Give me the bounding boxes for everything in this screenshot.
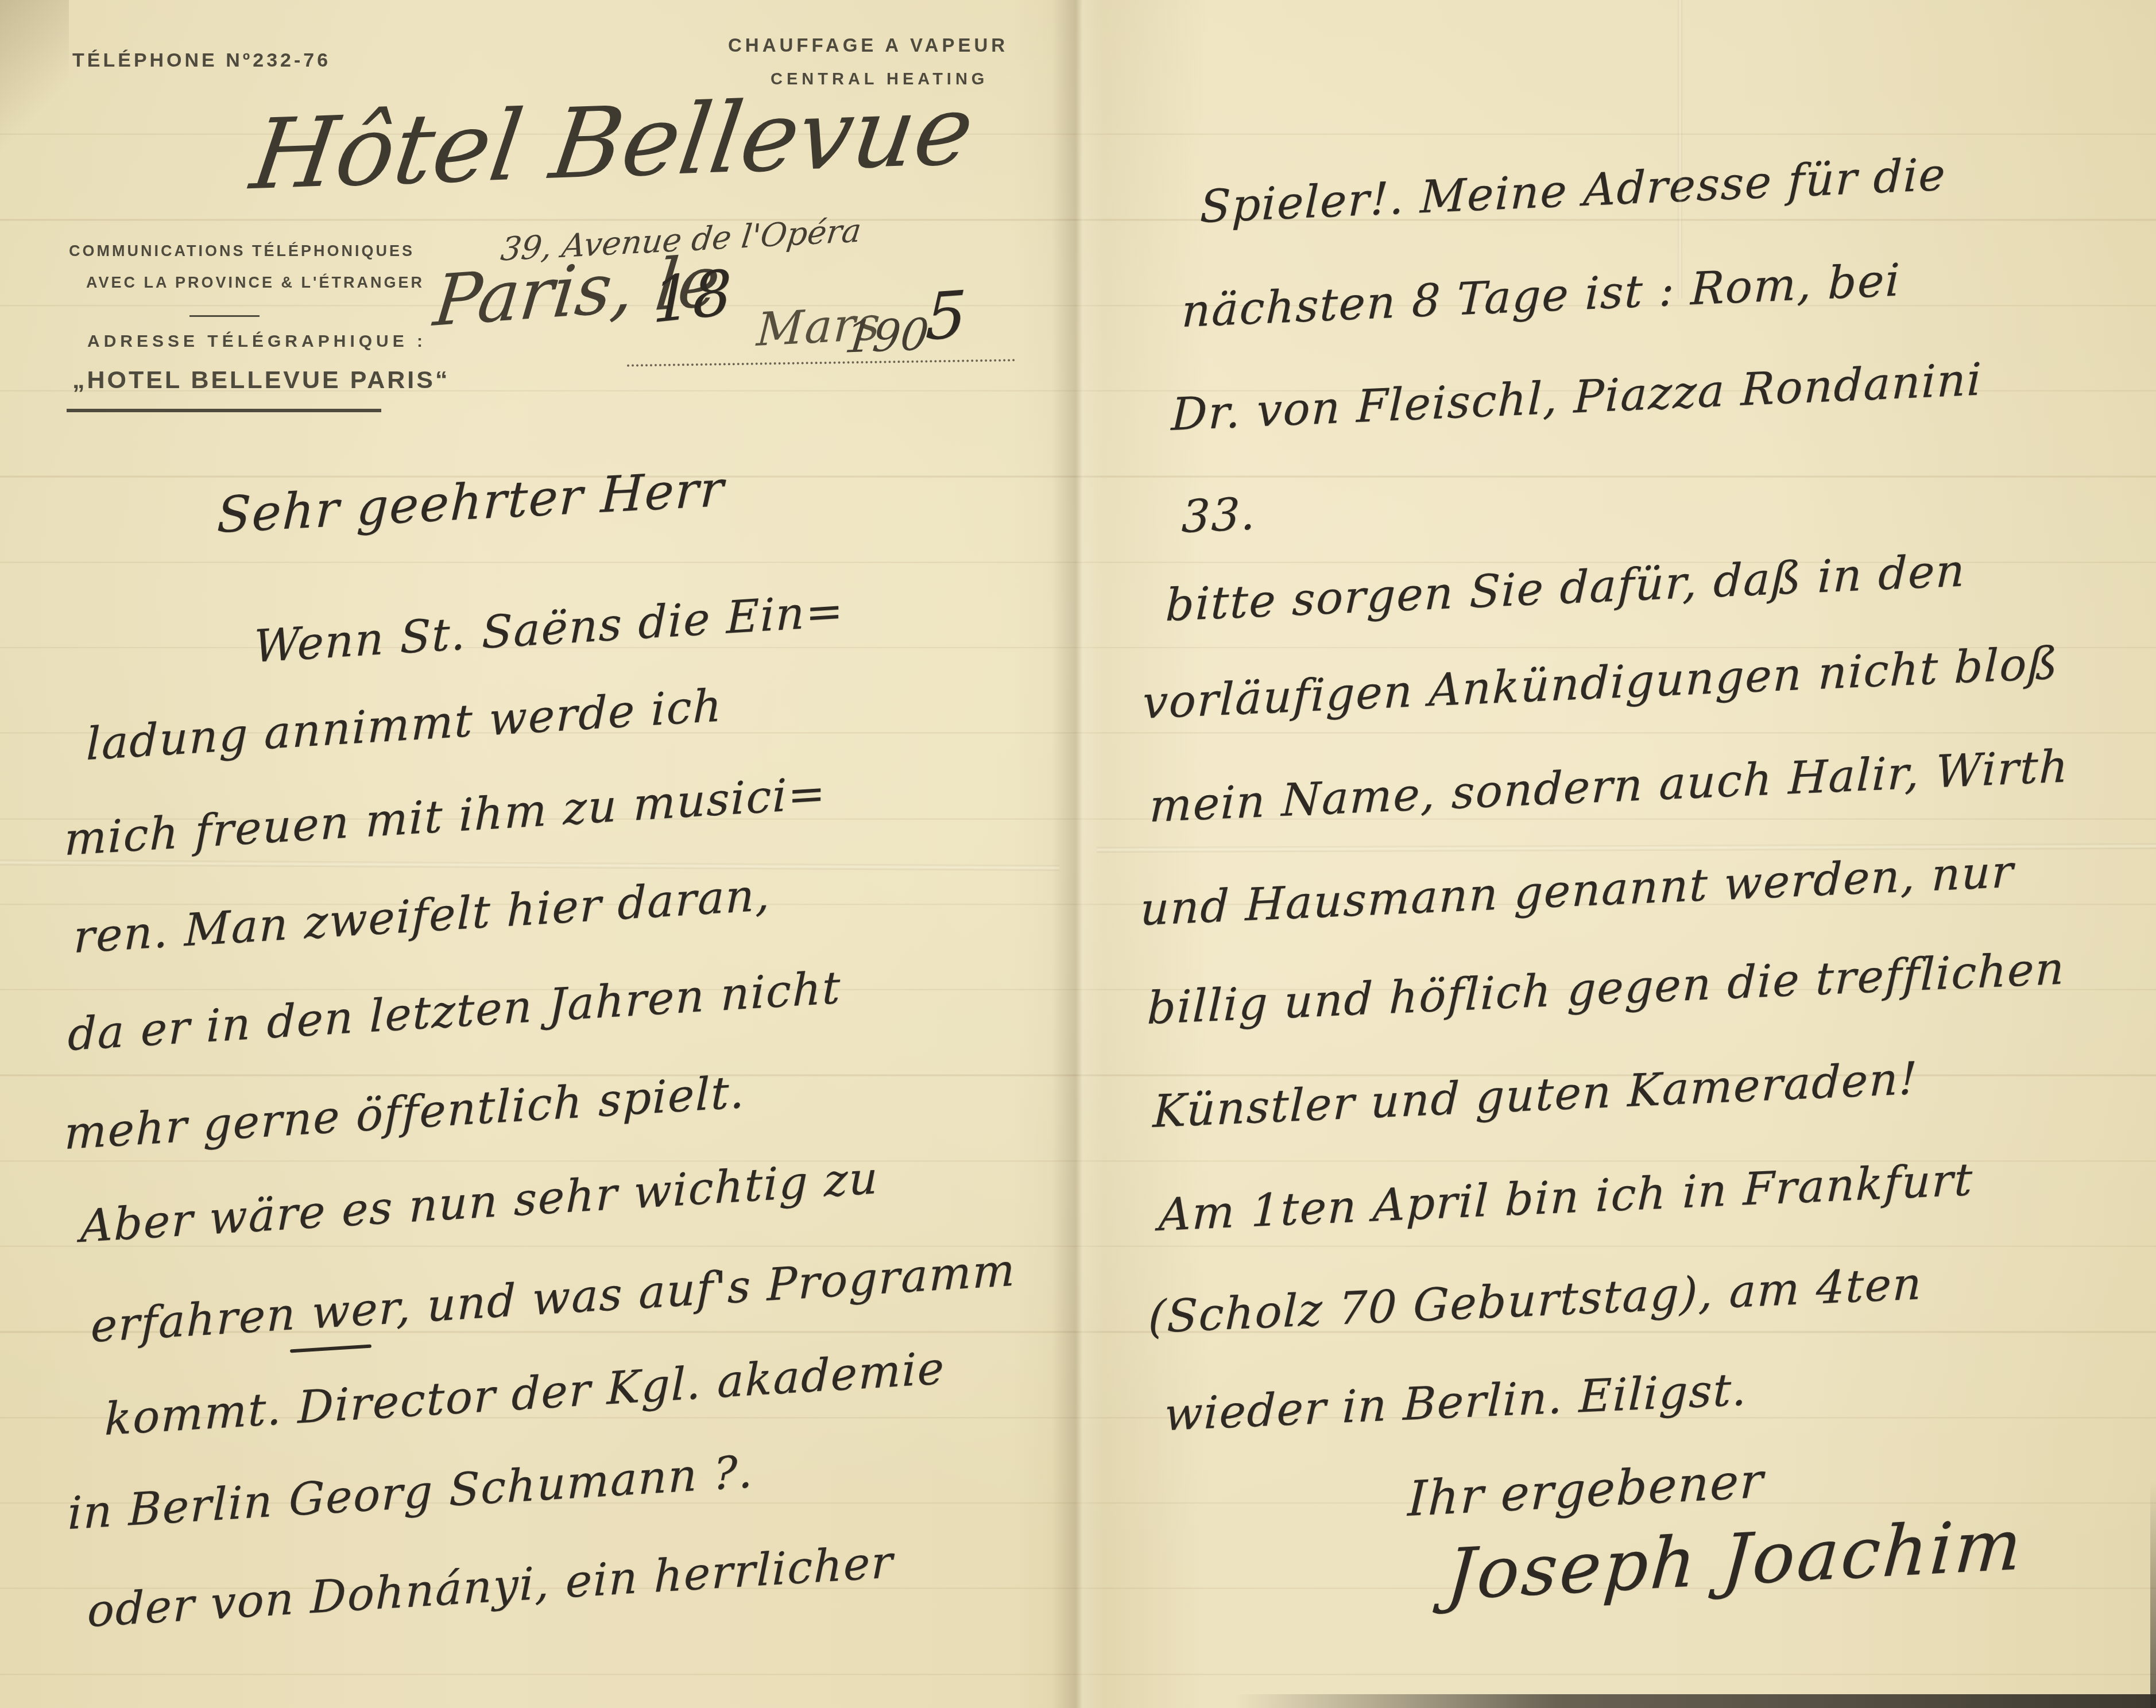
handwritten-line: Spieler!. Meine Adresse für die [1199, 149, 1947, 233]
letterhead-telegraph-address: „HOTEL BELLEVUE PARIS“ [72, 366, 450, 394]
handwritten-line: mich freuen mit ihm zu musici= [64, 768, 827, 866]
handwritten-line: (Scholz 70 Geburtstag), am 4ten [1148, 1258, 1923, 1343]
underline-wer [290, 1345, 371, 1353]
letterhead-divider [189, 315, 260, 317]
salutation: Sehr geehrter Herr [216, 460, 725, 545]
fold-crease-left [0, 859, 1059, 871]
corner-shadow [0, 0, 69, 149]
handwritten-line: vorläufigen Ankündigungen nicht bloß [1142, 637, 2060, 729]
handwritten-line: da er in den letzten Jahren nicht [68, 962, 842, 1062]
handwritten-line: kommt. Director der Kgl. akademie [104, 1342, 945, 1446]
handwritten-line: erfahren wer, und was auf's Programm [91, 1244, 1016, 1353]
letter-sheet: TÉLÉPHONE Nº232-76 CHAUFFAGE A VAPEUR CE… [0, 0, 2156, 1708]
letterhead-hotel-name: Hôtel Bellevue [245, 73, 981, 212]
handwritten-line: mein Name, sondern auch Halir, Wirth [1149, 741, 2070, 832]
handwritten-line: Aber wäre es nun sehr wichtig zu [80, 1152, 879, 1253]
handwritten-line: bitte sorgen Sie dafür, daß in den [1165, 545, 1967, 632]
handwritten-line: ladung annimmt werde ich [86, 680, 723, 770]
letterhead-telegraph-underline [67, 409, 381, 412]
handwritten-line: und Hausmann genannt werden, nur [1140, 846, 2015, 936]
date-day-handwritten: 18 [652, 257, 733, 337]
letterhead-telegraph-label: ADRESSE TÉLÉGRAPHIQUE : [87, 332, 427, 351]
handwritten-line: 33. [1181, 488, 1257, 543]
handwritten-line: Dr. von Fleischl, Piazza Rondanini [1171, 354, 1983, 441]
date-year-digit-handwritten: 5 [924, 277, 969, 355]
letterhead-communications-line1: COMMUNICATIONS TÉLÉPHONIQUES [69, 242, 415, 260]
scanner-edge-bottom [1234, 1694, 2156, 1708]
letterhead-telephone: TÉLÉPHONE Nº232-76 [72, 49, 331, 72]
center-fold [1052, 0, 1105, 1708]
date-year-printed: 190 [842, 308, 931, 362]
handwritten-line: nächsten 8 Tage ist : Rom, bei [1181, 254, 1902, 338]
dateline-dotted-rule [627, 359, 1015, 366]
wrinkle-right-page [1678, 0, 1682, 299]
handwritten-line: Künstler und guten Kameraden! [1152, 1053, 1919, 1138]
handwritten-line: Am 1ten April bin ich in Frankfurt [1158, 1154, 1974, 1241]
scanner-edge-right [2150, 1481, 2156, 1708]
handwritten-line: mehr gerne öffentlich spielt. [64, 1066, 746, 1160]
handwritten-line: in Berlin Georg Schumann ?. [68, 1446, 754, 1540]
handwritten-line: ren. Man zweifelt hier daran, [73, 869, 771, 963]
handwritten-line: wieder in Berlin. Eiligst. [1164, 1364, 1748, 1442]
letterhead-communications-line2: AVEC LA PROVINCE & L'ÉTRANGER [86, 274, 424, 292]
letterhead-chauffage: CHAUFFAGE A VAPEUR [728, 34, 1008, 56]
closing: Ihr ergebener [1407, 1452, 1765, 1527]
handwritten-line: Wenn St. Saëns die Ein= [254, 585, 845, 673]
handwritten-line: oder von Dohnányi, ein herrlicher [87, 1536, 894, 1637]
handwritten-line: billig und höflich gegen die trefflichen [1147, 943, 2066, 1035]
